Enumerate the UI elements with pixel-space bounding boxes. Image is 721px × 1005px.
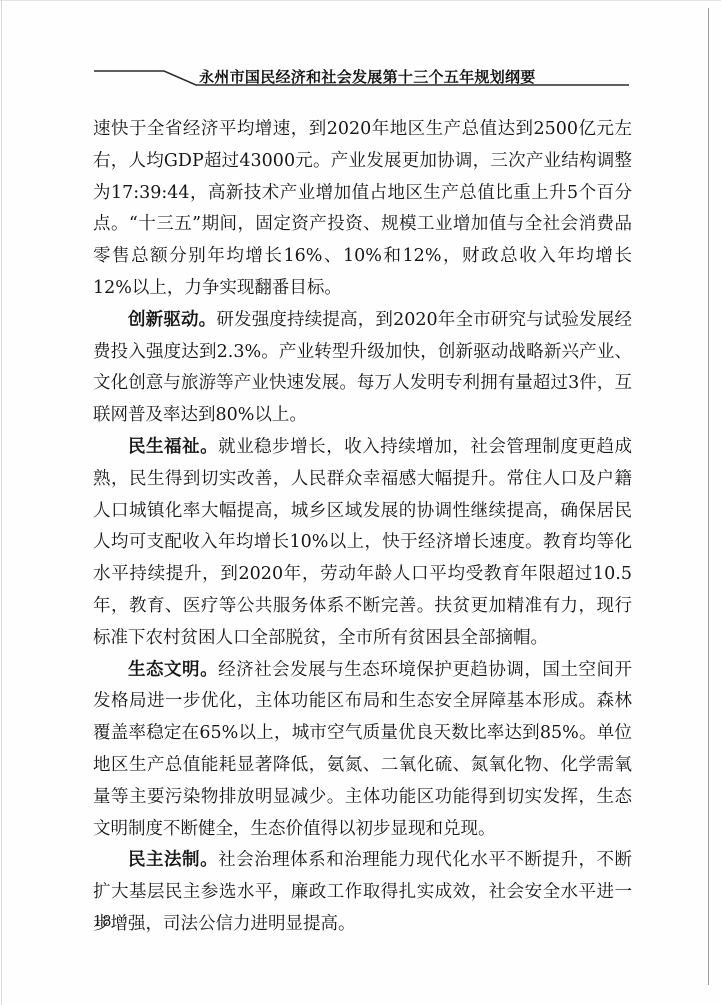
paragraph-text: 经济社会发展与生态环境保护更趋协调，国土空间开发格局进一步优化，主体功能区布局和… xyxy=(93,660,632,839)
scan-edge-line-right xyxy=(708,8,709,985)
scan-edge-line-top xyxy=(0,0,721,1)
paragraph-lead: 民主法制。 xyxy=(128,850,218,870)
paragraph-text: 速快于全省经济平均增速，到2020年地区生产总值达到2500亿元左右，人均GDP… xyxy=(93,119,632,298)
running-header-title: 永州市国民经济和社会发展第十三个五年规划纲要 xyxy=(199,66,536,87)
body-paragraph: 创新驱动。研发强度持续提高，到2020年全市研究与试验发展经费投入强度达到2.3… xyxy=(93,305,632,432)
body-text: 速快于全省经济平均增速，到2020年地区生产总值达到2500亿元左右，人均GDP… xyxy=(93,114,632,941)
paragraph-lead: 创新驱动。 xyxy=(128,310,216,330)
paragraph-lead: 生态文明。 xyxy=(128,660,218,680)
page-number: 18 xyxy=(93,914,111,930)
paragraph-text: 就业稳步增长，收入持续增加，社会管理制度更趋成熟，民生得到切实改善，人民群众幸福… xyxy=(93,437,632,648)
body-paragraph: 速快于全省经济平均增速，到2020年地区生产总值达到2500亿元左右，人均GDP… xyxy=(93,114,632,305)
running-header: 永州市国民经济和社会发展第十三个五年规划纲要 xyxy=(93,57,632,89)
body-paragraph: 民主法制。社会治理体系和治理能力现代化水平不断提升，不断扩大基层民主参选水平，廉… xyxy=(93,845,632,940)
body-paragraph: 生态文明。经济社会发展与生态环境保护更趋协调，国土空间开发格局进一步优化，主体功… xyxy=(93,655,632,846)
body-paragraph: 民生福祉。就业稳步增长，收入持续增加，社会管理制度更趋成熟，民生得到切实改善，人… xyxy=(93,432,632,655)
scan-edge-line-left xyxy=(1,0,2,1005)
paragraph-lead: 民生福祉。 xyxy=(128,437,218,457)
document-page: 永州市国民经济和社会发展第十三个五年规划纲要 速快于全省经济平均增速，到2020… xyxy=(0,0,721,1005)
